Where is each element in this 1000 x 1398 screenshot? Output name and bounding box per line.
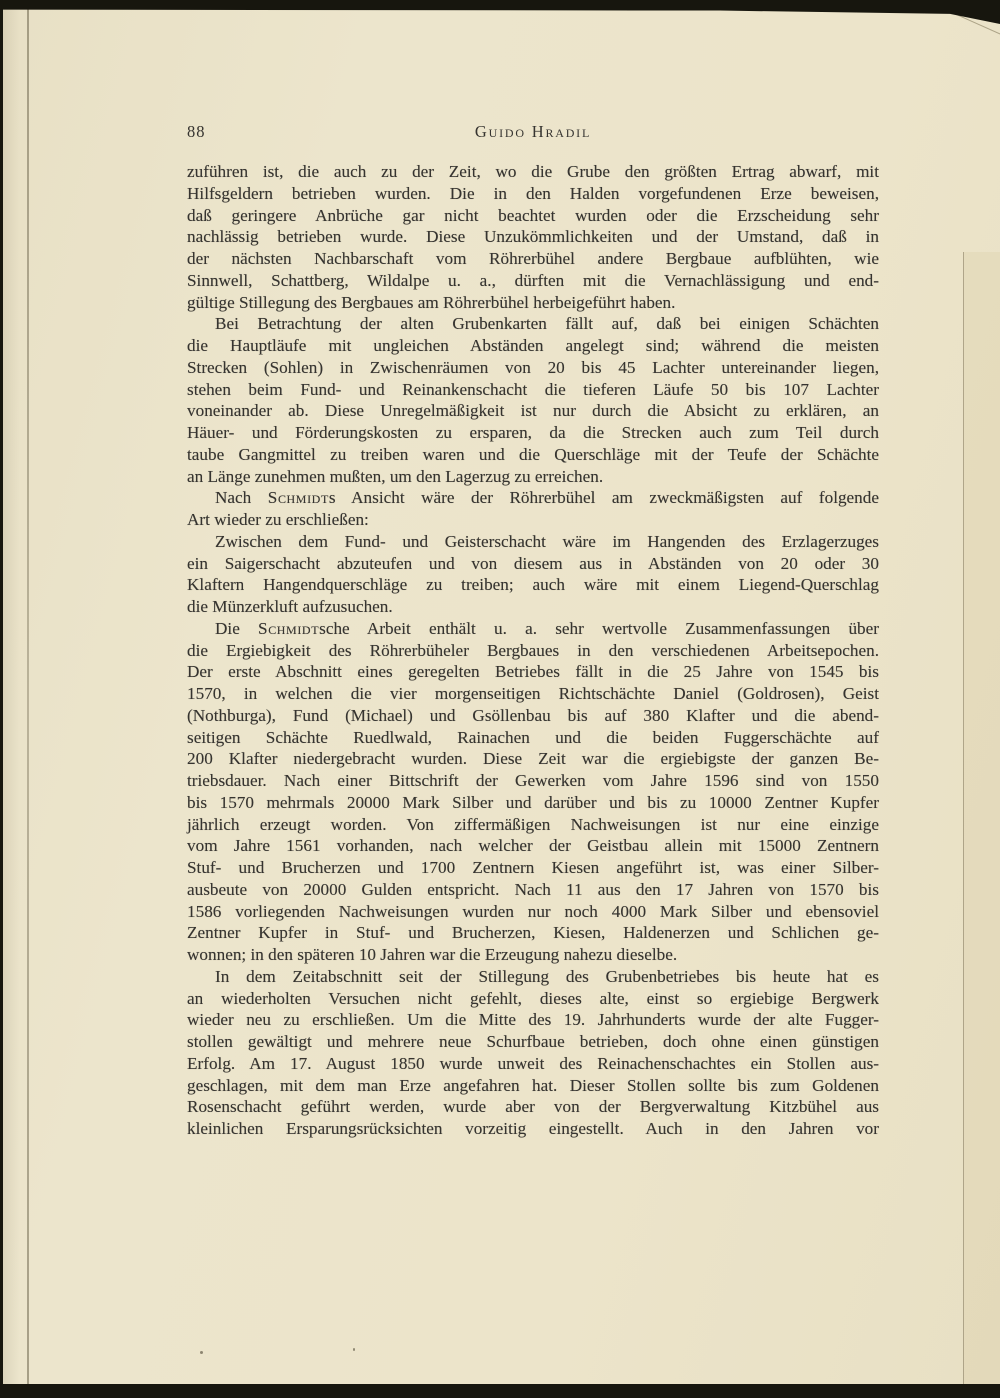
text-line: Strecken (Sohlen) in Zwischenräumen von …: [187, 357, 879, 379]
paragraph: Bei Betrachtung der alten Grubenkarten f…: [187, 313, 879, 487]
text-line: Die Schmidtsche Arbeit enthält u. a. seh…: [187, 618, 879, 640]
paper-speck: [353, 1348, 355, 1351]
text-line: jährlich erzeugt worden. Von ziffermäßig…: [187, 814, 879, 836]
text-line: an Länge zunehmen mußten, um den Lagerzu…: [187, 466, 879, 488]
text-line: ein Saigerschacht abzuteufen und von die…: [187, 553, 879, 575]
text-line: seitigen Schächte Ruedlwald, Rainachen u…: [187, 727, 879, 749]
paragraph: Die Schmidtsche Arbeit enthält u. a. seh…: [187, 618, 879, 966]
text-line: Sinnwell, Schattberg, Wildalpe u. a., dü…: [187, 270, 879, 292]
spine-crease-line: [27, 0, 29, 1398]
underlying-page-edge-area: [964, 252, 1000, 1384]
text-line: taube Gangmittel zu treiben waren und di…: [187, 444, 879, 466]
text-line: geschlagen, mit dem man Erze angefahren …: [187, 1075, 879, 1097]
text-line: die Münzerkluft aufzusuchen.: [187, 596, 879, 618]
text-block: 88 Guido Hradil zuführen ist, die auch z…: [187, 122, 879, 1140]
photo-edge-top: [0, 0, 1000, 24]
text-line: 1586 vorliegenden Nachweisungen wurden n…: [187, 901, 879, 923]
text-line: triebsdauer. Nach einer Bittschrift der …: [187, 770, 879, 792]
text-line: nachlässig betrieben wurde. Diese Unzukö…: [187, 226, 879, 248]
paragraph: In dem Zeitabschnitt seit der Stillegung…: [187, 966, 879, 1140]
running-head: 88 Guido Hradil: [187, 122, 879, 144]
text-line: Zentner Kupfer in Stuf- und Brucherzen, …: [187, 922, 879, 944]
text-line: Bei Betrachtung der alten Grubenkarten f…: [187, 313, 879, 335]
page-edge-line: [963, 252, 964, 1384]
text-line: Nach Schmidts Ansicht wäre der Röhrerbüh…: [187, 487, 879, 509]
text-line: kleinlichen Ersparungsrücksichten vorzei…: [187, 1118, 879, 1140]
paragraph: zuführen ist, die auch zu der Zeit, wo d…: [187, 161, 879, 313]
text-line: die Hauptläufe mit ungleichen Abständen …: [187, 335, 879, 357]
text-line: Zwischen dem Fund- und Geisterschacht wä…: [187, 531, 879, 553]
text-line: wieder neu zu erschließen. Um die Mitte …: [187, 1009, 879, 1031]
text-line: Hilfsgeldern betrieben wurden. Die in de…: [187, 183, 879, 205]
text-line: vom Jahre 1561 vorhanden, nach welcher d…: [187, 835, 879, 857]
scanned-book-page: 88 Guido Hradil zuführen ist, die auch z…: [0, 0, 1000, 1398]
text-line: zuführen ist, die auch zu der Zeit, wo d…: [187, 161, 879, 183]
paper-speck: [200, 1351, 203, 1354]
text-line: 200 Klafter niedergebracht wurden. Diese…: [187, 748, 879, 770]
running-title: Guido Hradil: [187, 122, 879, 142]
text-line: daß geringere Anbrüche gar nicht beachte…: [187, 205, 879, 227]
photo-edge-bottom: [0, 1384, 1000, 1398]
text-line: Stuf- und Brucherzen und 1700 Zentnern K…: [187, 857, 879, 879]
page-number: 88: [187, 122, 206, 142]
text-line: Erfolg. Am 17. August 1850 wurde unweit …: [187, 1053, 879, 1075]
text-line: Klaftern Hangendquerschläge zu treiben; …: [187, 574, 879, 596]
text-line: der nächsten Nachbarschaft vom Röhrerbüh…: [187, 248, 879, 270]
text-line: Häuer- und Förderungskosten zu ersparen,…: [187, 422, 879, 444]
paragraph: Nach Schmidts Ansicht wäre der Röhrerbüh…: [187, 487, 879, 531]
text-line: ausbeute von 20000 Gulden entspricht. Na…: [187, 879, 879, 901]
text-line: Art wieder zu erschließen:: [187, 509, 879, 531]
text-line: Der erste Abschnitt eines geregelten Bet…: [187, 661, 879, 683]
smallcaps-name: Schmidt: [258, 619, 319, 638]
text-line: die Ergiebigkeit des Röhrerbüheler Bergb…: [187, 640, 879, 662]
text-line: stollen gewältigt und mehrere neue Schur…: [187, 1031, 879, 1053]
text-line: gültige Stillegung des Bergbaues am Röhr…: [187, 292, 879, 314]
text-line: Rosenschacht geführt werden, wurde aber …: [187, 1096, 879, 1118]
text-line: wonnen; in den späteren 10 Jahren war di…: [187, 944, 879, 966]
paragraph: Zwischen dem Fund- und Geisterschacht wä…: [187, 531, 879, 618]
text-line: bis 1570 mehrmals 20000 Mark Silber und …: [187, 792, 879, 814]
text-line: an wiederholten Versuchen nicht gefehlt,…: [187, 988, 879, 1010]
smallcaps-name: Schmidt: [268, 488, 329, 507]
spine-shadow: [3, 0, 27, 1398]
text-line: 1570, in welchen die vier morgenseitigen…: [187, 683, 879, 705]
photo-edge-left: [0, 0, 3, 1398]
text-line: voneinander ab. Diese Unregelmäßigkeit i…: [187, 400, 879, 422]
body-text: zuführen ist, die auch zu der Zeit, wo d…: [187, 161, 879, 1140]
text-line: stehen beim Fund- und Reinankenschacht d…: [187, 379, 879, 401]
text-line: In dem Zeitabschnitt seit der Stillegung…: [187, 966, 879, 988]
text-line: (Nothburga), Fund (Michael) und Gsöllenb…: [187, 705, 879, 727]
